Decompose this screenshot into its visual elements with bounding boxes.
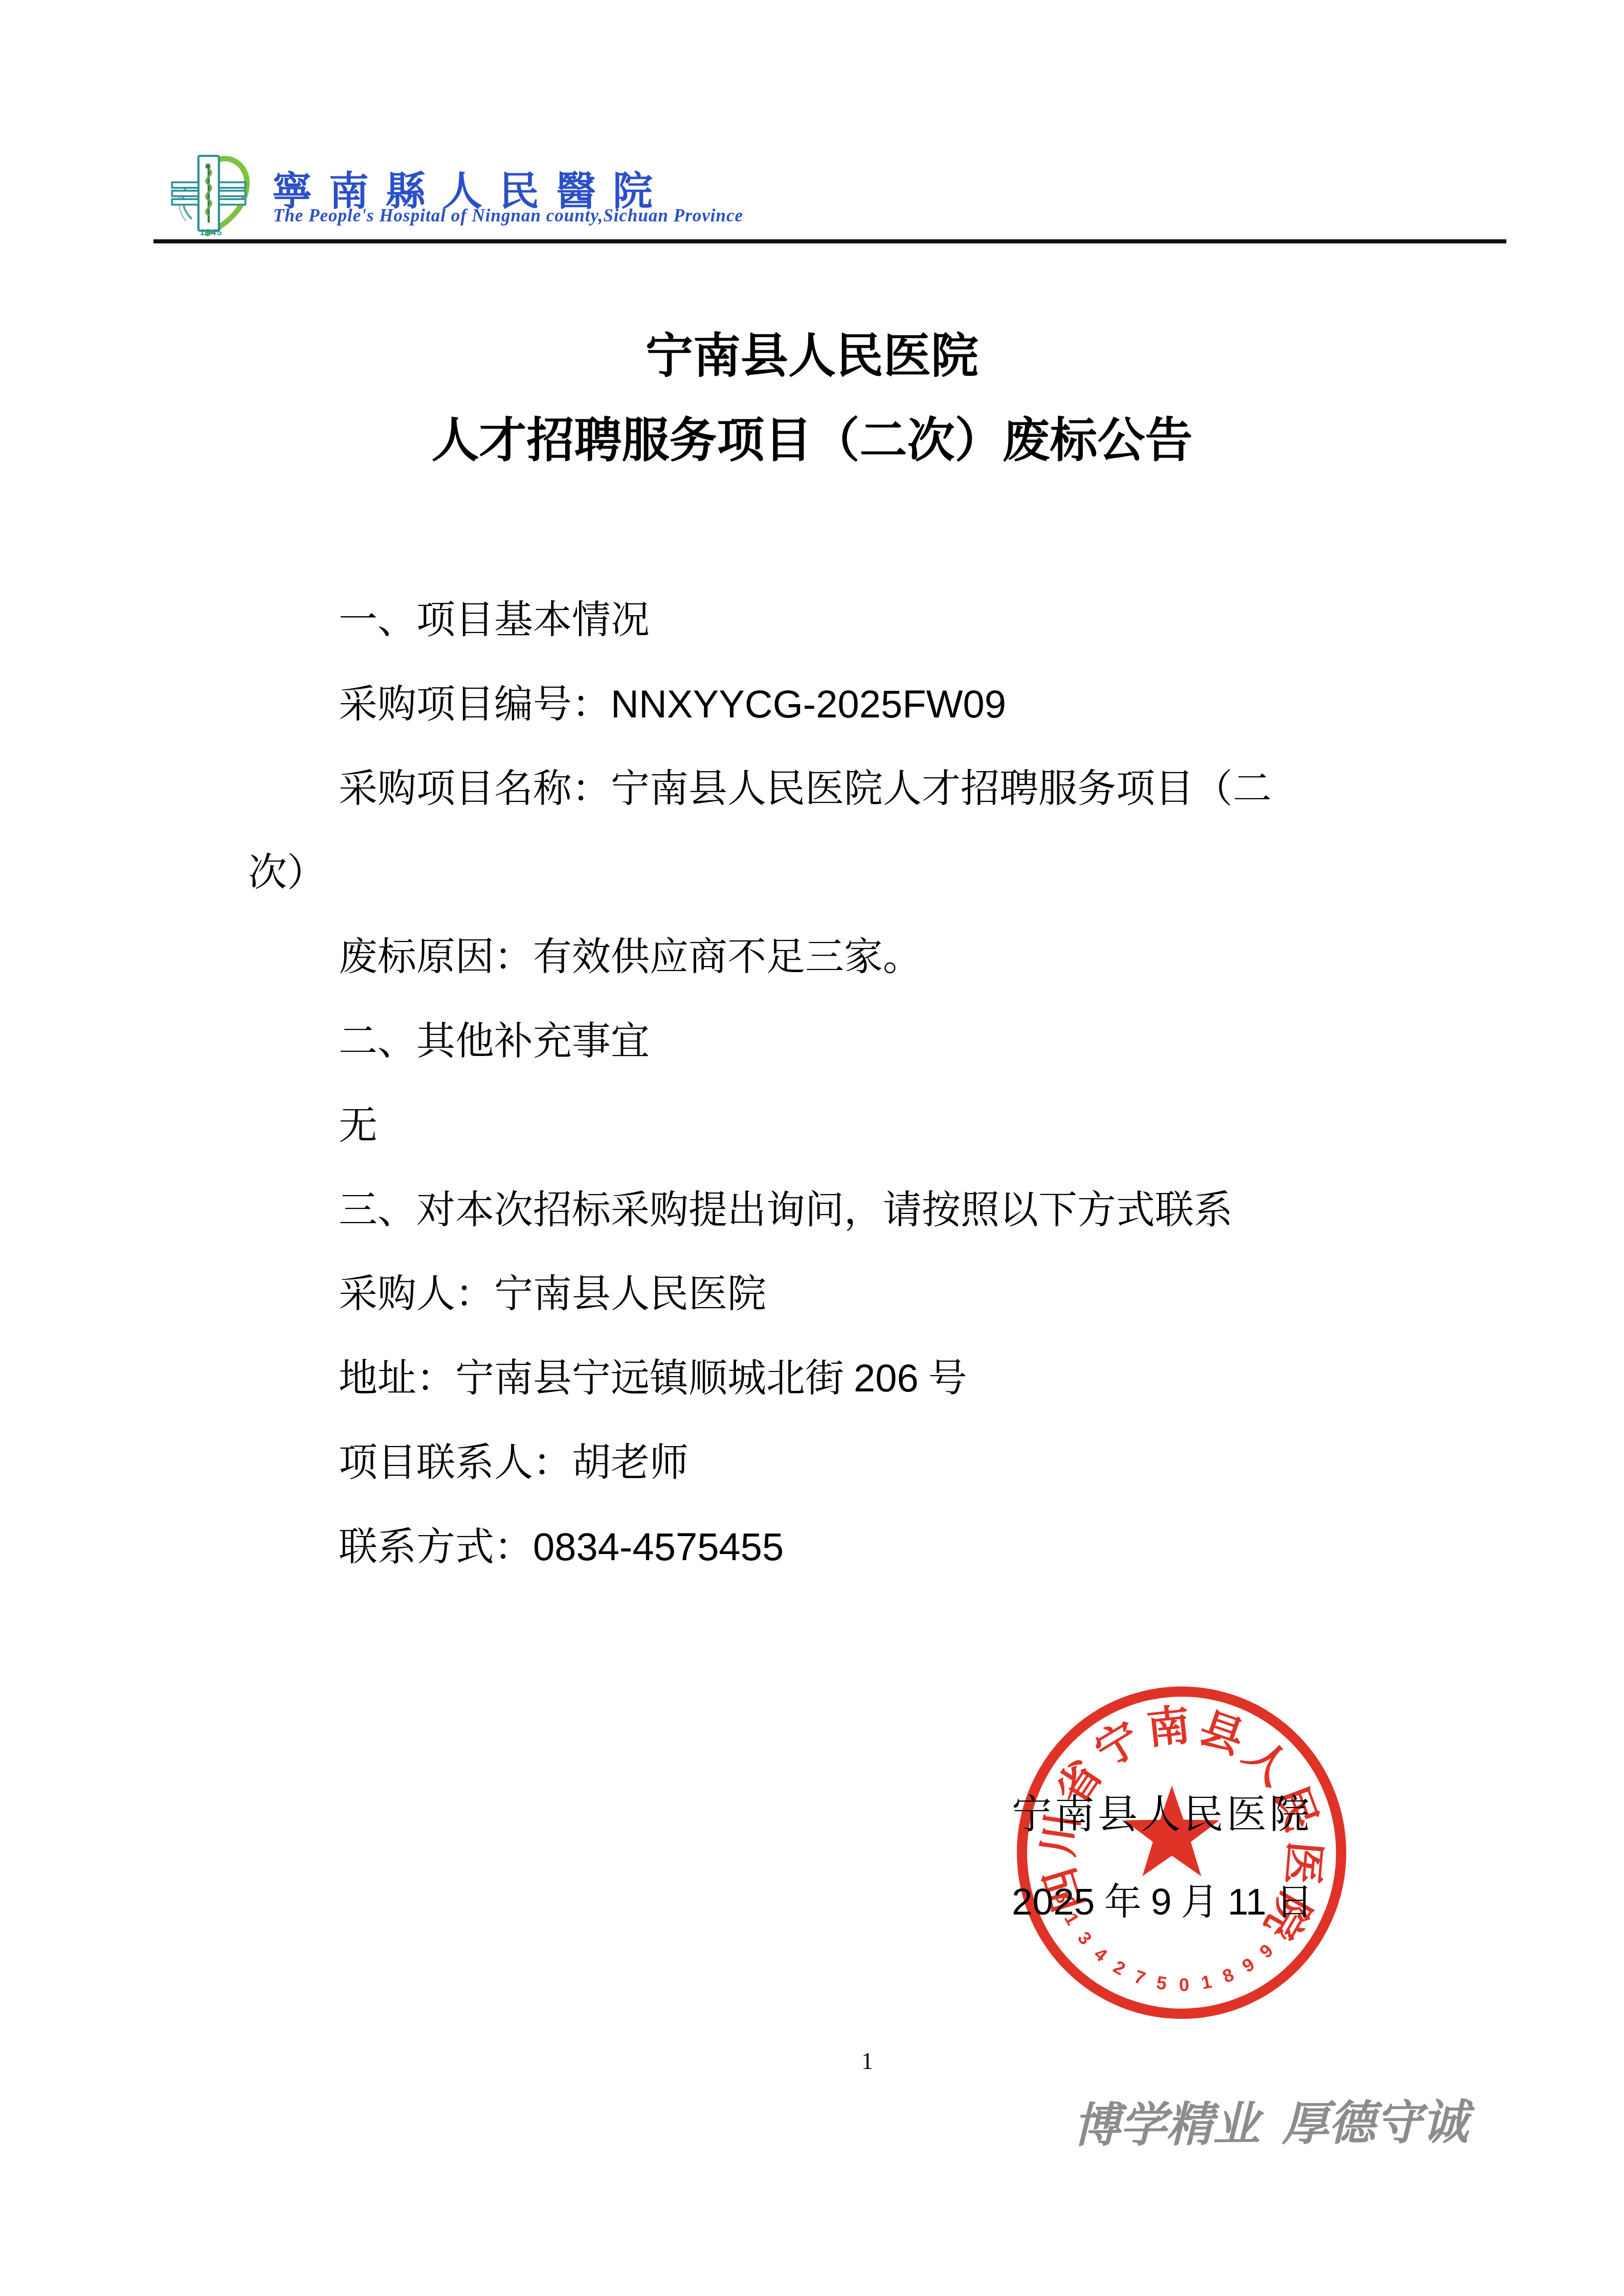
text-run: 0834-4575455	[533, 1525, 784, 1569]
text-run: 废标原因：有效供应商不足三家。	[339, 936, 922, 979]
text-run: 年	[1095, 1881, 1151, 1923]
text-run: 三、对本次招标采购提出询问，请按照以下方式联系	[339, 1189, 1233, 1232]
body-line-10: 地址：宁南县宁远镇顺城北街 206 号	[248, 1337, 1501, 1421]
seal-code-digit: 2	[1110, 1956, 1129, 1979]
notice-body: 一、项目基本情况采购项目编号：NNXYYCG-2025FW09采购项目名称：宁南…	[248, 578, 1501, 1590]
body-line-7: 无	[248, 1084, 1501, 1168]
seal-code-digit: 5	[1155, 1972, 1168, 1994]
seal-code-digit: 3	[1074, 1927, 1096, 1949]
asclepius-snake-head	[206, 164, 211, 169]
logo-year: 1945	[200, 227, 223, 237]
seal-code-digit: 4	[1091, 1943, 1112, 1966]
text-run: 号	[919, 1357, 967, 1400]
document-title-line2: 人才招聘服务项目（二次）废标公告	[0, 417, 1624, 464]
official-seal-stamp: 四川省宁南县人民医院5134275018997	[1015, 1684, 1348, 2027]
seal-arc-character: 南	[1145, 1702, 1192, 1753]
body-line-2: 采购项目编号：NNXYYCG-2025FW09	[248, 663, 1501, 747]
text-run: 采购项目名称：宁南县人民医院人才招聘服务项目（二	[339, 768, 1272, 811]
hospital-logo-icon: 1945	[165, 149, 253, 237]
seal-code-digit: 8	[1219, 1964, 1237, 1987]
body-line-9: 采购人：宁南县人民医院	[248, 1252, 1501, 1337]
body-line-4: 次）	[248, 831, 1501, 915]
text-run: 采购人：宁南县人民医院	[339, 1273, 766, 1316]
text-run: 项目联系人：胡老师	[339, 1442, 688, 1484]
seal-code-digit: 0	[1179, 1974, 1190, 1995]
text-run: 月	[1172, 1881, 1228, 1923]
seal-code-digit: 1	[1199, 1971, 1214, 1993]
document-page: 1945 寧南縣人民醫院 The People's Hospital of Ni…	[0, 0, 1624, 2296]
text-run: 次）	[248, 851, 326, 894]
body-line-6: 二、其他补充事宜	[248, 1000, 1501, 1084]
page-number: 1	[861, 2047, 873, 2075]
signature-date: 2025 年 9 月 11 日	[1012, 1872, 1313, 1925]
text-run: NNXYYCG-2025FW09	[611, 683, 1006, 726]
body-line-3: 采购项目名称：宁南县人民医院人才招聘服务项目（二	[248, 747, 1501, 831]
text-run: 二、其他补充事宜	[339, 1020, 650, 1063]
body-line-8: 三、对本次招标采购提出询问，请按照以下方式联系	[248, 1168, 1501, 1253]
letterhead-divider	[153, 239, 1506, 243]
seal-code-digit: 9	[1238, 1953, 1258, 1976]
seal-arc-character: 县	[1193, 1704, 1250, 1763]
body-line-1: 一、项目基本情况	[248, 578, 1501, 663]
text-run: 206	[854, 1357, 919, 1400]
text-run: 采购项目编号：	[339, 683, 611, 726]
document-title-line1: 宁南县人民医院	[0, 332, 1624, 380]
text-run: 地址：宁南县宁远镇顺城北街	[339, 1357, 854, 1400]
text-run: 2025	[1012, 1881, 1095, 1923]
seal-code-digit: 7	[1131, 1966, 1148, 1989]
hospital-name-english: The People's Hospital of Ningnan county,…	[273, 206, 743, 226]
body-line-5: 废标原因：有效供应商不足三家。	[248, 915, 1501, 1000]
text-run: 11	[1228, 1881, 1266, 1923]
text-run: 联系方式：	[339, 1526, 533, 1569]
seal-code-digit: 9	[1255, 1940, 1277, 1962]
text-run: 一、项目基本情况	[339, 599, 650, 642]
text-run: 日	[1266, 1881, 1313, 1923]
body-line-11: 项目联系人：胡老师	[248, 1421, 1501, 1505]
text-run: 无	[339, 1105, 377, 1147]
signature-org-name: 宁南县人民医院	[1012, 1783, 1312, 1840]
seal-arc-character: 宁	[1087, 1714, 1149, 1776]
text-run: 9	[1151, 1881, 1172, 1923]
hospital-motto-calligraphy: 博学精业 厚德守诚	[1073, 2085, 1468, 2156]
body-line-12: 联系方式：0834-4575455	[248, 1505, 1501, 1590]
